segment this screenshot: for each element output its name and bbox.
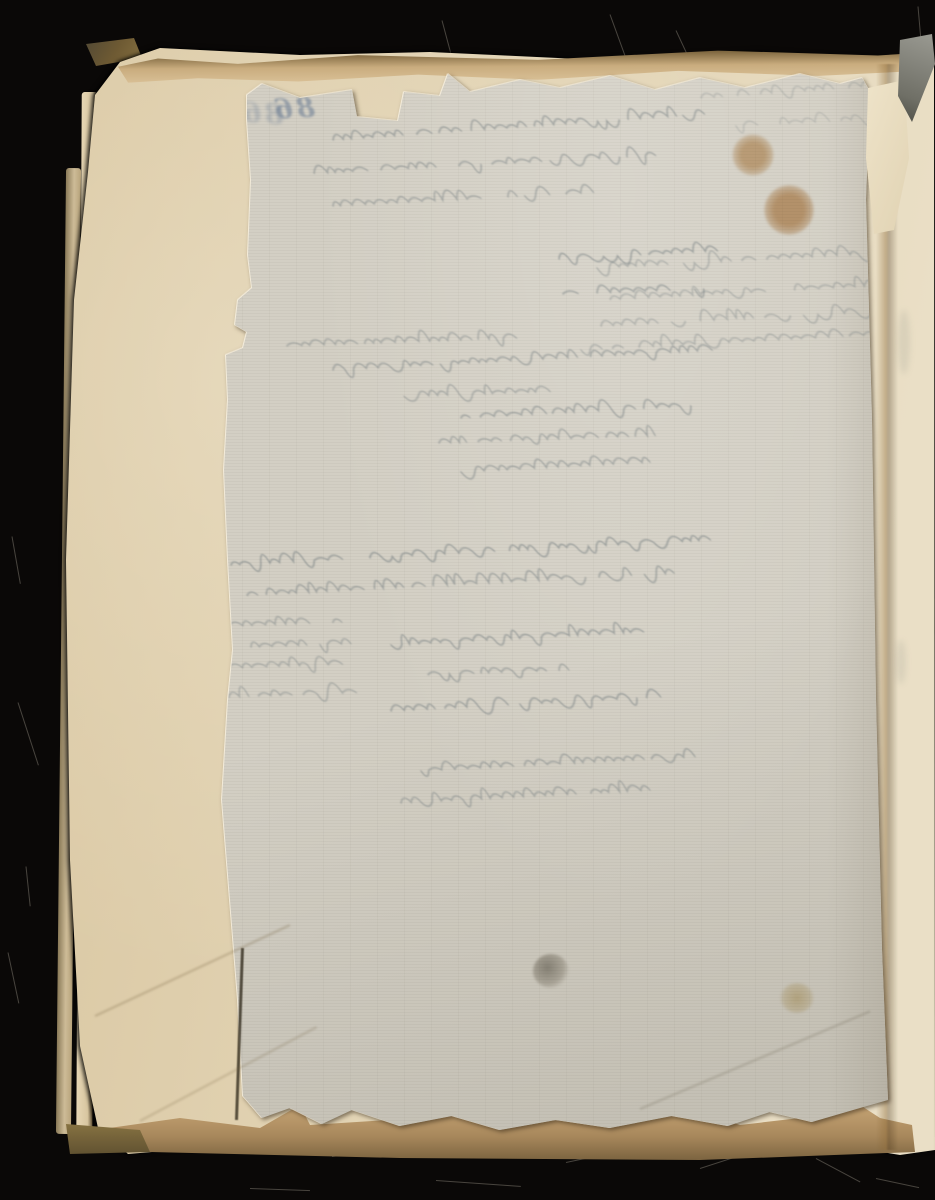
wax-stain	[732, 134, 774, 176]
dust-fiber	[26, 866, 31, 906]
ghost-text-line	[223, 672, 374, 711]
dust-fiber	[12, 536, 21, 583]
dust-fiber	[876, 1178, 919, 1188]
wax-stain	[764, 185, 814, 235]
dark-smudge-stain	[533, 954, 569, 988]
dust-fiber	[436, 1180, 521, 1187]
dust-fiber	[18, 702, 39, 765]
page-crease	[640, 1010, 871, 1110]
page-number-bleedthrough: 86	[254, 92, 316, 133]
yellow-stain	[780, 983, 814, 1013]
dust-fiber	[8, 952, 20, 1003]
dust-fiber	[816, 1158, 861, 1182]
manuscript-verso-page: 86 86	[215, 58, 895, 1148]
gutter-smudge	[898, 310, 910, 374]
dust-fiber	[918, 6, 922, 36]
dust-fiber	[250, 1188, 310, 1191]
dust-fiber	[610, 14, 626, 56]
gutter-smudge	[896, 640, 906, 684]
scanned-book-page: 86 86	[0, 0, 935, 1200]
